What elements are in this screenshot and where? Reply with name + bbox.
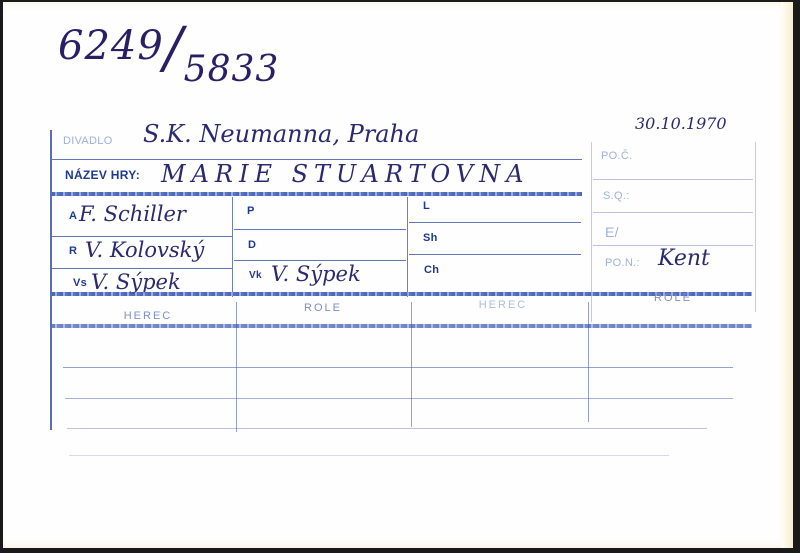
theatre-label: DIVADLO: [63, 135, 113, 147]
scenography-label: Vs: [73, 277, 87, 289]
divider: [232, 197, 233, 297]
table-rule: [65, 398, 733, 399]
divider: [52, 236, 232, 237]
header-role-2: ROLE: [593, 292, 753, 304]
po-c-label: PO.Č.: [601, 150, 632, 162]
form-left-border: [50, 130, 52, 430]
table-rule: [63, 367, 733, 368]
p-label: P: [247, 205, 255, 217]
play-label: NÁZEV HRY:: [65, 168, 140, 182]
divider: [588, 302, 589, 422]
director-value: V. Kolovský: [85, 238, 204, 262]
scenography-value: V. Sýpek: [91, 270, 181, 294]
costume-label: Vk: [249, 270, 262, 281]
divider: [593, 179, 753, 180]
ch-label: Ch: [424, 264, 439, 276]
divider: [755, 142, 756, 312]
index-card: 6249/5833 30.10.1970 DIVADLO S.K. Neuman…: [3, 2, 793, 548]
header-actor-2: HEREC: [418, 299, 588, 311]
divider: [593, 212, 753, 213]
theatre-value: S.K. Neumanna, Praha: [143, 120, 419, 148]
director-label: R: [69, 245, 77, 257]
stamp-band: [52, 324, 752, 328]
sq-label: S.Q.:: [603, 190, 630, 202]
author-value: F. Schiller: [79, 202, 186, 226]
divider: [409, 222, 581, 223]
e-label: E/: [605, 224, 619, 240]
play-value: MARIE STUARTOVNA: [161, 160, 529, 188]
l-label: L: [423, 200, 430, 212]
divider: [234, 229, 406, 230]
po-n-value: Kent: [658, 246, 710, 271]
d-label: D: [248, 239, 256, 251]
divider: [52, 268, 232, 269]
divider: [411, 302, 412, 427]
reference-main: 6249: [58, 23, 164, 69]
reference-sub: 5833: [184, 49, 280, 90]
date: 30.10.1970: [635, 114, 727, 133]
table-rule: [67, 428, 707, 429]
card-edge: [781, 2, 793, 548]
po-n-label: PO.N.:: [605, 257, 640, 269]
costume-value: V. Sýpek: [271, 262, 361, 286]
divider: [409, 254, 581, 255]
header-actor-1: HEREC: [63, 310, 233, 322]
sh-label: Sh: [423, 232, 438, 244]
header-role-1: ROLE: [238, 302, 408, 314]
reference-number: 6249/5833: [58, 8, 279, 73]
table-rule: [69, 455, 669, 456]
stamp-band: [52, 192, 582, 196]
divider: [407, 197, 408, 297]
divider: [234, 260, 406, 261]
author-label: A: [69, 210, 77, 222]
